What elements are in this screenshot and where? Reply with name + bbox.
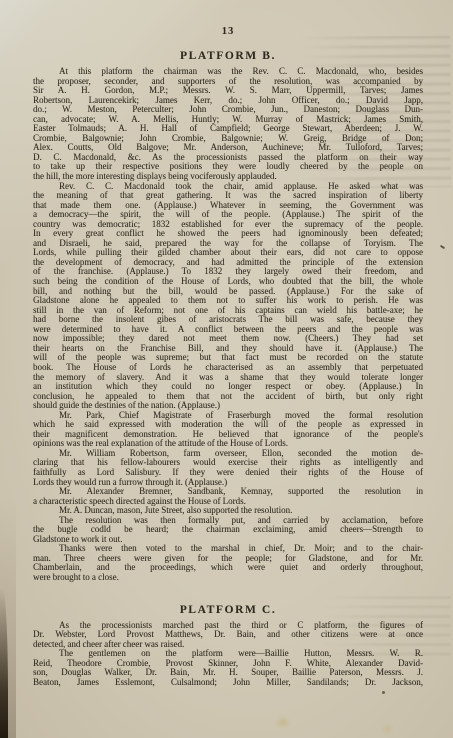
text-line: were brought to a close.: [33, 573, 423, 583]
gutter-edge: [0, 588, 8, 738]
gutter-shadow: [0, 498, 16, 738]
paper-stain: [278, 719, 288, 726]
paragraph: Thanks were then voted to the marshal in…: [33, 544, 423, 582]
paragraph: The resolution was then formally put, an…: [33, 516, 423, 545]
paragraph: Rev. C. C. Macdonald took the chair, ami…: [33, 182, 423, 411]
paragraph: As the processionists marched past the t…: [33, 621, 423, 650]
paper-stain: [384, 726, 391, 732]
section-heading-platform-c: PLATFORM C.: [33, 604, 423, 616]
page-content: 13 PLATFORM B. At this platform the chai…: [33, 26, 423, 687]
paragraph: Mr. William Robertson, farm overseer, El…: [33, 449, 423, 487]
scanned-page: 13 PLATFORM B. At this platform the chai…: [0, 0, 453, 738]
page-number: 13: [33, 26, 423, 38]
section-heading-platform-b: PLATFORM B.: [33, 50, 423, 62]
text-line: Beaton, James Esslemont, Culsalmond; Joh…: [33, 678, 423, 688]
ink-speck: [440, 245, 445, 249]
ink-speck: [382, 691, 385, 694]
paragraph: Mr. Park, Chief Magistrate of Fraserburg…: [33, 411, 423, 449]
paragraph: The gentlemen on the platform were—Baill…: [33, 649, 423, 687]
paragraph: Mr. Alexander Bremner, Sandbank, Kemnay,…: [33, 487, 423, 506]
paragraph: At this platform the chairman was the Re…: [33, 67, 423, 182]
